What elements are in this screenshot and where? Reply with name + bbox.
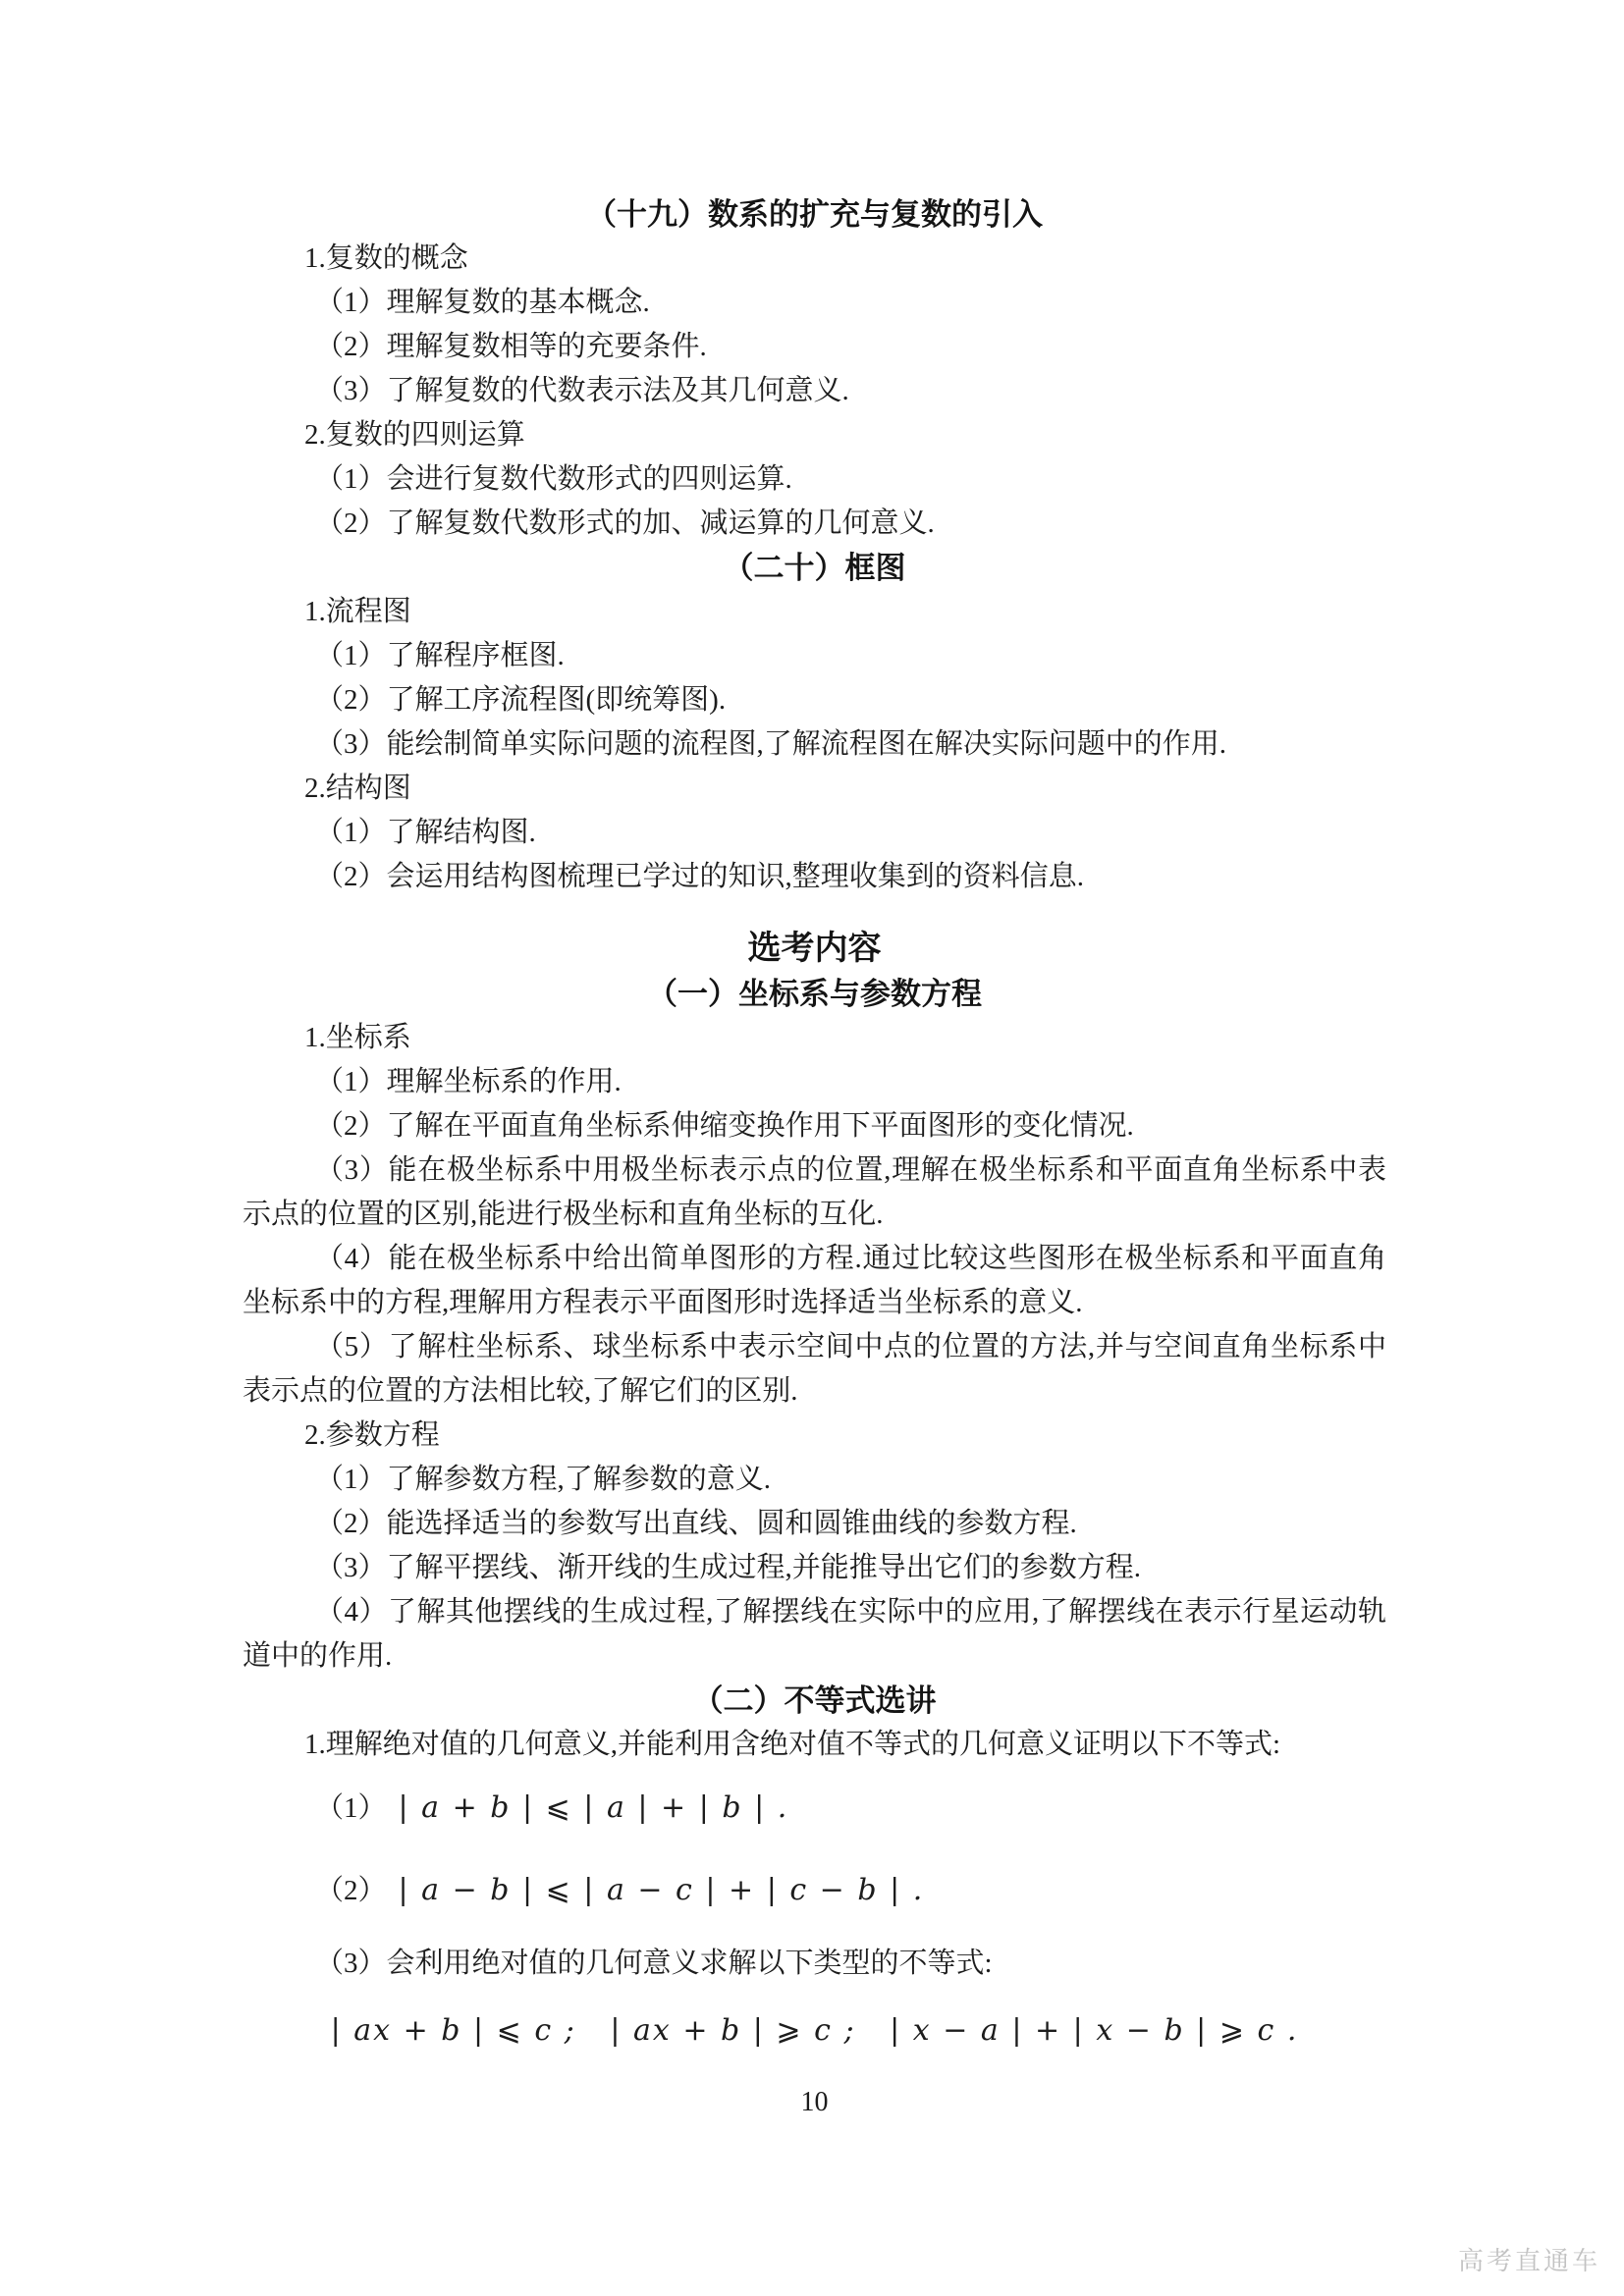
syllabus-item: 1.复数的概念 — [243, 237, 1386, 281]
syllabus-item: （3）了解复数的代数表示法及其几何意义. — [243, 369, 1386, 413]
syllabus-item: （2）理解复数相等的充要条件. — [243, 325, 1386, 369]
section-heading-19: （十九）数系的扩充与复数的引入 — [243, 192, 1386, 237]
section-heading-coord-param: （一）坐标系与参数方程 — [243, 972, 1386, 1016]
inequality-formula-1: （1）| a + b | ⩽ | a | + | b | . — [243, 1781, 1386, 1836]
formula-math: | a − b | ⩽ | a − c | + | c − b | . — [399, 1873, 925, 1907]
syllabus-item: （4）能在极坐标系中给出简单图形的方程.通过比较这些图形在极坐标系和平面直角坐标… — [243, 1237, 1386, 1325]
section-heading-inequality: （二）不等式选讲 — [243, 1679, 1386, 1723]
syllabus-item: （2）了解在平面直角坐标系伸缩变换作用下平面图形的变化情况. — [243, 1104, 1386, 1148]
syllabus-item: 1.流程图 — [243, 590, 1386, 634]
syllabus-item: （2）能选择适当的参数写出直线、圆和圆锥曲线的参数方程. — [243, 1502, 1386, 1546]
syllabus-item: （5）了解柱坐标系、球坐标系中表示空间中点的位置的方法,并与空间直角坐标系中表示… — [243, 1325, 1386, 1414]
syllabus-item: （1）理解坐标系的作用. — [243, 1060, 1386, 1104]
syllabus-item: 1.理解绝对值的几何意义,并能利用含绝对值不等式的几何意义证明以下不等式: — [243, 1723, 1386, 1767]
syllabus-item: 2.参数方程 — [243, 1414, 1386, 1458]
syllabus-item: 1.坐标系 — [243, 1016, 1386, 1060]
syllabus-item: （1）了解结构图. — [243, 811, 1386, 855]
document-page: （十九）数系的扩充与复数的引入 1.复数的概念 （1）理解复数的基本概念. （2… — [0, 0, 1624, 2296]
syllabus-item: （1）会进行复数代数形式的四则运算. — [243, 457, 1386, 502]
elective-content-heading: 选考内容 — [243, 925, 1386, 972]
inequality-formula-2: （2）| a − b | ⩽ | a − c | + | c − b | . — [243, 1863, 1386, 1918]
syllabus-item: 2.复数的四则运算 — [243, 413, 1386, 457]
section-heading-20: （二十）框图 — [243, 546, 1386, 590]
inequality-types-formula: | ax + b | ⩽ c ; | ax + b | ⩾ c ; | x − … — [243, 2003, 1386, 2058]
syllabus-item: （2）了解工序流程图(即统筹图). — [243, 678, 1386, 722]
syllabus-item: （2）了解复数代数形式的加、减运算的几何意义. — [243, 502, 1386, 546]
syllabus-item: （3）能绘制简单实际问题的流程图,了解流程图在解决实际问题中的作用. — [243, 722, 1386, 767]
syllabus-item: （3）了解平摆线、渐开线的生成过程,并能推导出它们的参数方程. — [243, 1546, 1386, 1590]
syllabus-item: （1）理解复数的基本概念. — [243, 281, 1386, 325]
page-number: 10 — [243, 2080, 1386, 2124]
syllabus-item: （4）了解其他摆线的生成过程,了解摆线在实际中的应用,了解摆线在表示行星运动轨道… — [243, 1590, 1386, 1679]
syllabus-item: （2）会运用结构图梳理已学过的知识,整理收集到的资料信息. — [243, 855, 1386, 899]
formula-label: （1） — [315, 1792, 387, 1824]
formula-label: （2） — [315, 1875, 387, 1906]
syllabus-item: 2.结构图 — [243, 767, 1386, 811]
syllabus-item: （1）了解参数方程,了解参数的意义. — [243, 1458, 1386, 1502]
syllabus-item: （3）会利用绝对值的几何意义求解以下类型的不等式: — [243, 1942, 1386, 1986]
watermark: 高考直通车 — [1458, 2241, 1600, 2277]
syllabus-item: （3）能在极坐标系中用极坐标表示点的位置,理解在极坐标系和平面直角坐标系中表示点… — [243, 1148, 1386, 1237]
formula-math: | ax + b | ⩽ c ; | ax + b | ⩾ c ; | x − … — [331, 2013, 1299, 2048]
formula-math: | a + b | ⩽ | a | + | b | . — [399, 1790, 789, 1825]
page-content: （十九）数系的扩充与复数的引入 1.复数的概念 （1）理解复数的基本概念. （2… — [243, 0, 1386, 2124]
syllabus-item: （1）了解程序框图. — [243, 634, 1386, 678]
